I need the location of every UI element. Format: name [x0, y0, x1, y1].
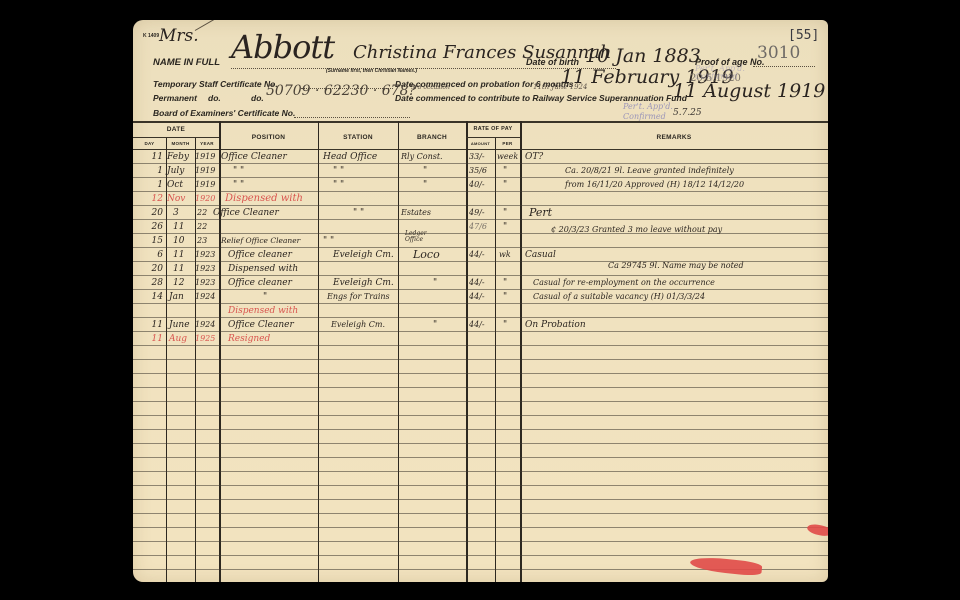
cell-month: Oct: [167, 179, 183, 191]
cell-per: ": [503, 319, 507, 331]
cell-amount: 33/-: [469, 151, 485, 163]
cell-day: 20: [137, 263, 163, 275]
table-row: 20 11 1923 Dispensed with Ca 29745 9l. N…: [133, 263, 828, 277]
ruled-line: [133, 443, 828, 444]
cell-per: ": [503, 179, 507, 191]
cell-branch: ": [433, 319, 437, 331]
surname: Abbott: [231, 28, 334, 66]
cell-day: 26: [137, 221, 163, 233]
ruled-line: [133, 401, 828, 402]
ruled-line: [133, 471, 828, 472]
table-row: 15 10 23 Relief Office Cleaner " " Ledge…: [133, 235, 828, 249]
ruled-line: [133, 429, 828, 430]
cell-month: 11: [173, 221, 184, 233]
cell-amount: 40/-: [469, 179, 485, 191]
board-cert-line: [294, 117, 410, 118]
cell-position: Office cleaner: [228, 249, 292, 261]
cell-remarks: Ca. 20/8/21 9l. Leave granted indefinite…: [565, 165, 734, 177]
cell-amount: 44/-: [469, 277, 485, 289]
table-row: 11 Aug 1925 Resigned: [133, 333, 828, 347]
label-do-2: do.: [251, 93, 264, 103]
name-line: [231, 68, 616, 69]
cell-remarks: Casual for re-employment on the occurren…: [533, 277, 715, 289]
cell-month: Feby: [167, 151, 189, 163]
ruled-line: [133, 359, 828, 360]
cell-position: Office Cleaner: [213, 207, 279, 219]
date-of-birth: 10 Jan 1883: [585, 45, 701, 67]
cell-amount: 47/6: [469, 221, 487, 233]
cell-branch: ": [423, 179, 427, 191]
cell-branch: Loco: [413, 249, 440, 261]
cell-remarks: Casual of a suitable vacancy (H) 01/3/3/…: [533, 291, 705, 303]
cell-position: Relief Office Cleaner: [221, 235, 300, 247]
cell-month: Aug: [169, 333, 187, 345]
cell-per: ": [503, 291, 507, 303]
header-month: MONTH: [166, 141, 195, 146]
cell-per: ": [503, 221, 507, 233]
ruled-line: [133, 415, 828, 416]
cell-position: Dispensed with: [225, 193, 303, 205]
cell-remarks: Casual: [525, 249, 556, 261]
cell-year: 23: [197, 235, 207, 247]
cell-per: ": [503, 207, 507, 219]
third-occasion: 3rd occasion: [411, 84, 450, 91]
cell-month: Nov: [167, 193, 185, 205]
cell-per: ": [503, 165, 507, 177]
cell-station: " ": [323, 235, 334, 247]
cell-position: ": [263, 291, 267, 303]
ruled-line: [133, 513, 828, 514]
stamp-perm-app-2: Per't. App'd.: [623, 102, 673, 111]
proof-of-age-line: [753, 66, 815, 67]
cell-day: 14: [137, 291, 163, 303]
cell-position: Office cleaner: [228, 277, 292, 289]
ruled-line: [133, 373, 828, 374]
pay-subheader-line: [466, 137, 520, 138]
cell-day: 11: [137, 319, 163, 331]
cell-day: 28: [137, 277, 163, 289]
cell-year: 1924: [195, 291, 215, 303]
surname-note: (Surname first, then Christian Names.): [326, 68, 417, 74]
header-amount: AMOUNT: [466, 141, 495, 146]
label-board-cert: Board of Examiners' Certificate No.: [153, 108, 295, 118]
cell-station: " ": [333, 165, 344, 177]
table-row: 11 June 1924 Office Cleaner Eveleigh Cm.…: [133, 319, 828, 333]
cell-day: 11: [137, 333, 163, 345]
cell-year: 1919: [195, 179, 215, 191]
cell-year: 1924: [195, 319, 215, 331]
table-row: 14 Jan 1924 " Engs for Trains 44/- " Cas…: [133, 291, 828, 305]
cell-day: 1: [137, 165, 163, 177]
ruled-line: [133, 527, 828, 528]
header-branch: BRANCH: [398, 134, 466, 141]
cell-year: 1919: [195, 165, 215, 177]
cell-station: Eveleigh Cm.: [333, 277, 394, 289]
cell-year: 22: [197, 221, 207, 233]
cell-remarks: OT?: [525, 151, 543, 163]
table-row: 26 11 22 47/6 " ¢ 20/3/23 Granted 3 mo l…: [133, 221, 828, 235]
form-number: K 1409: [143, 34, 159, 39]
cell-remarks: from 16/11/20 Approved (H) 18/12 14/12/2…: [565, 179, 744, 191]
cell-month: 11: [173, 263, 184, 275]
cell-year: 22: [197, 207, 207, 219]
label-permanent: Permanent: [153, 93, 197, 103]
table-row: 1 July 1919 " " " " " 35/6 " Ca. 20/8/21…: [133, 165, 828, 179]
cell-amount: 44/-: [469, 319, 485, 331]
header-rate-of-pay: RATE OF PAY: [466, 126, 520, 132]
cell-position: Dispensed with: [228, 263, 298, 275]
cell-year: 1923: [195, 263, 215, 275]
header-bottom-border: [133, 149, 828, 150]
cell-day: 11: [137, 151, 163, 163]
cell-year: 1925: [195, 333, 215, 345]
box-number: [55]: [788, 28, 819, 43]
ruled-line: [133, 555, 828, 556]
header-station: STATION: [318, 134, 398, 141]
cell-branch: ": [423, 165, 427, 177]
ruled-line: [133, 485, 828, 486]
ruled-line: [133, 541, 828, 542]
cell-per: week: [497, 151, 518, 163]
cell-amount: 44/-: [469, 249, 485, 261]
cell-amount: 44/-: [469, 291, 485, 303]
header-day: DAY: [133, 141, 166, 146]
cell-day: 15: [137, 235, 163, 247]
cell-amount: 35/6: [469, 165, 487, 177]
cell-position: Resigned: [228, 333, 270, 345]
red-ink-blot: [806, 523, 828, 538]
red-ink-blot: [689, 555, 762, 576]
cell-day: 1: [137, 179, 163, 191]
cell-per: ": [503, 277, 507, 289]
cell-position: Dispensed with: [228, 305, 298, 317]
cell-month: 12: [173, 277, 184, 289]
table-row: 20 3 22 Office Cleaner " " Estates 49/- …: [133, 207, 828, 221]
table-row: 12 Nov 1920 Dispensed with: [133, 193, 828, 207]
cell-branch: Rly Const.: [401, 151, 443, 163]
header-year: YEAR: [195, 141, 219, 146]
header-per: PER: [495, 141, 520, 146]
cell-day: 20: [137, 207, 163, 219]
table-row: 28 12 1923 Office cleaner Eveleigh Cm. "…: [133, 277, 828, 291]
cell-year: 1919: [195, 151, 215, 163]
super-date: 11 August 1919: [673, 80, 825, 102]
cell-station: Head Office: [323, 151, 377, 163]
cell-remarks: Ca 29745 9l. Name may be noted: [608, 260, 744, 272]
cell-month: 11: [173, 249, 184, 261]
cell-month: 10: [173, 235, 184, 247]
confirmed-date: 5.7.25: [673, 108, 702, 118]
cell-branch: Ledger Office: [405, 231, 435, 243]
cell-day: 6: [137, 249, 163, 261]
cell-position: " ": [233, 165, 244, 177]
ruled-line: [133, 387, 828, 388]
cell-year: 1923: [195, 277, 215, 289]
label-name-in-full: NAME IN FULL: [153, 57, 220, 68]
table-row: 11 Feby 1919 Office Cleaner Head Office …: [133, 151, 828, 165]
header-position: POSITION: [219, 134, 318, 141]
cell-position: " ": [233, 179, 244, 191]
staff-record-card: K 1409 Mrs. [55] NAME IN FULL Abbott Chr…: [133, 20, 828, 582]
cell-year: 1923: [195, 249, 215, 261]
cell-branch: ": [433, 277, 437, 289]
date-subheader-line: [133, 137, 219, 138]
permanent-cert-number: 50709 · 62230 · 678?: [266, 83, 416, 99]
cell-amount: 49/-: [469, 207, 485, 219]
third-occasion-date: 11th June 1924: [533, 83, 587, 91]
cell-branch: Estates: [401, 207, 431, 219]
proof-of-age-number: 3010: [757, 43, 800, 63]
cell-month: 3: [173, 207, 179, 219]
cell-station: Eveleigh Cm.: [333, 249, 394, 261]
label-do-1: do.: [208, 93, 221, 103]
ruled-line: [133, 499, 828, 500]
header-remarks: REMARKS: [520, 134, 828, 141]
ruled-line: [133, 457, 828, 458]
cell-remarks: On Probation: [525, 319, 586, 331]
table-row: Dispensed with: [133, 305, 828, 319]
cell-month: Jan: [169, 291, 184, 303]
cell-station: " ": [353, 207, 364, 219]
cell-day: 12: [137, 193, 163, 205]
cell-month: June: [169, 319, 190, 331]
cell-remarks: Pert: [529, 207, 552, 219]
header-date: DATE: [133, 126, 219, 133]
cell-year: 1920: [195, 193, 215, 205]
title-prefix: Mrs.: [159, 26, 199, 46]
label-temp-cert: Temporary Staff Certificate No.: [153, 79, 278, 89]
stamp-confirmed-2: Confirmed: [623, 112, 666, 121]
cell-station: Eveleigh Cm.: [331, 319, 385, 331]
cell-station: " ": [333, 179, 344, 191]
cell-station: Engs for Trains: [327, 291, 390, 303]
cell-position: Office Cleaner: [228, 319, 294, 331]
table-top-border: [133, 121, 828, 123]
cell-position: Office Cleaner: [221, 151, 287, 163]
table-row: 1 Oct 1919 " " " " " 40/- " from 16/11/2…: [133, 179, 828, 193]
cell-per: wk: [499, 249, 511, 261]
cell-month: July: [167, 165, 184, 177]
